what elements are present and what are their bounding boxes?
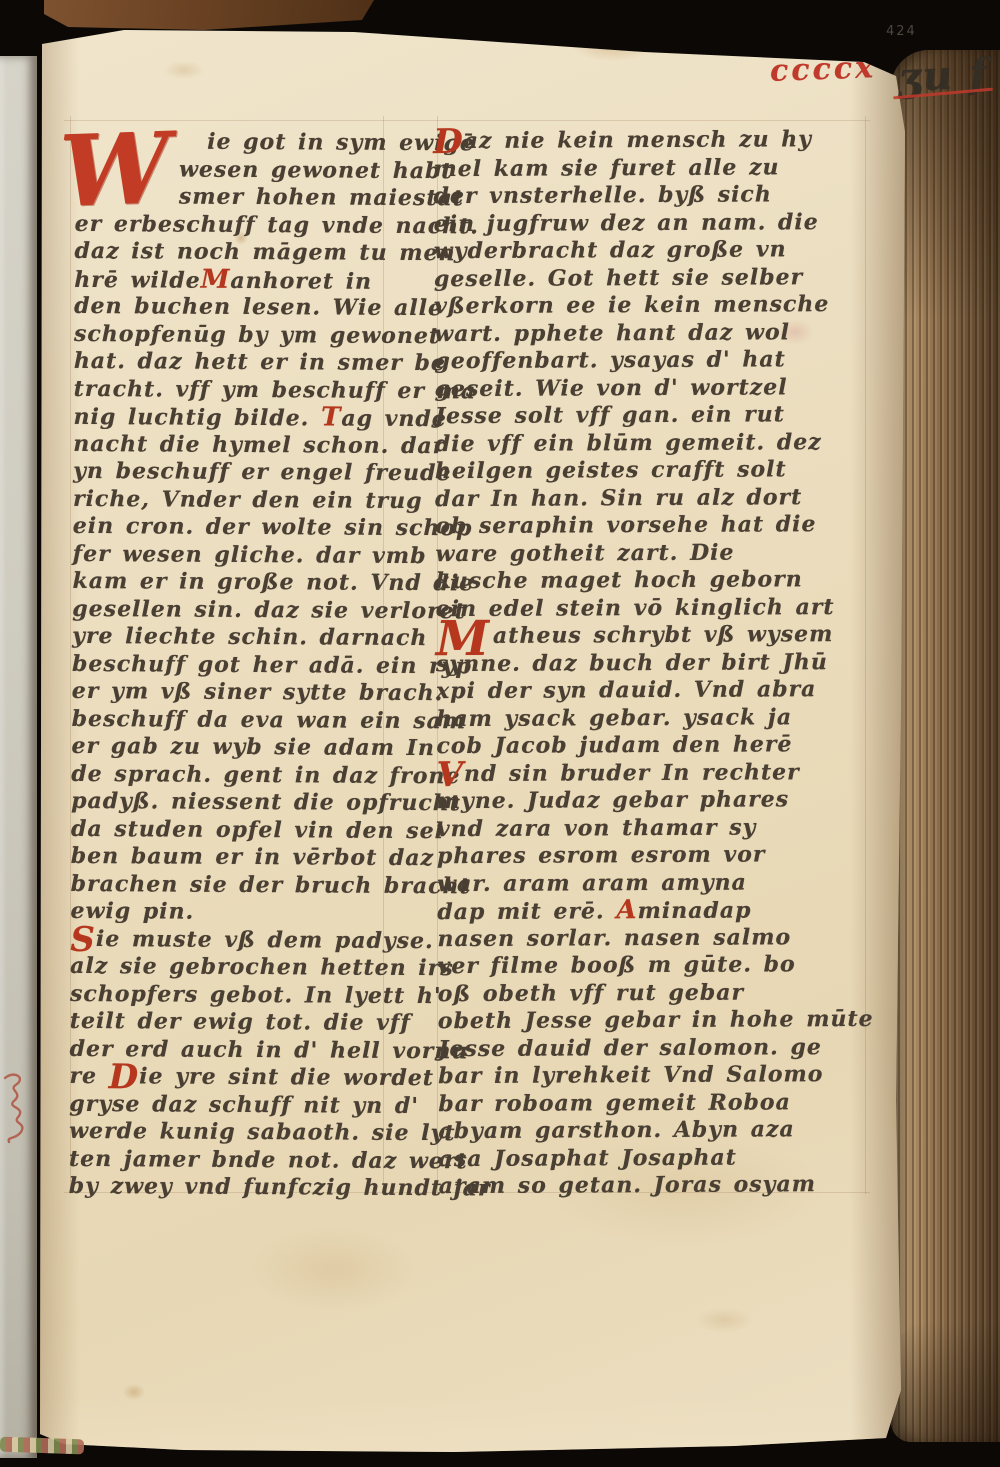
text-line: nig luchtig bilde. Tag vnde: [73, 403, 433, 433]
text-line: den buchen lesen. Wie alle: [74, 293, 434, 323]
ink-text: anhoret in: [230, 267, 372, 294]
text-line: vnd zara von thamar sy: [437, 813, 877, 843]
text-line: heilgen geistes crafft solt: [435, 456, 875, 486]
ink-text: ie yre sint die wordet: [139, 1063, 434, 1091]
text-line: aram so getan. Joras osyam: [439, 1171, 879, 1201]
ink-text: hrē wilde: [74, 266, 200, 293]
text-line: wesen gewonet habt: [75, 155, 435, 185]
manuscript-photo: ccccx W ie got in sym ewigēwesen gewonet…: [0, 0, 1000, 1467]
ink-text: ob seraphin vorsehe hat die: [435, 511, 816, 539]
text-line: ham ysack gebar. ysack ja: [436, 703, 876, 733]
text-line: smer hohen maiestat: [75, 183, 435, 213]
endband: [0, 1437, 84, 1455]
ink-text: dar In han. Sin ru alz dort: [435, 484, 802, 512]
margin-scribble: [1, 1068, 33, 1146]
ink-text: ham ysack gebar. ysack ja: [436, 704, 792, 732]
ink-text: gryse daz schuff nit yn d': [69, 1090, 419, 1118]
text-line: er ym vß siner sytte brach.: [72, 678, 432, 708]
ink-text: werde kunig sabaoth. sie lyt: [69, 1118, 455, 1146]
ink-text: bar roboam gemeit Roboa: [438, 1089, 791, 1117]
ink-text: geselle. Got hett sie selber: [434, 264, 803, 292]
text-line: war. aram aram amyna: [437, 868, 877, 898]
text-line: padyß. niessent die opfrucht: [71, 788, 431, 818]
text-line: asa Josaphat Josaphat: [439, 1143, 879, 1173]
ink-text: Jesse solt vff gan. ein rut: [435, 401, 785, 429]
text-line: ware gotheit zart. Die: [435, 538, 875, 568]
text-line: Jesse dauid der salomon. ge: [438, 1033, 878, 1063]
text-line: wyderbracht daz große vn: [434, 236, 874, 266]
text-line: Matheus schrybt vß wysem: [436, 621, 876, 651]
text-line: oß obeth vff rut gebar: [438, 978, 878, 1008]
text-line: schopfers gebot. In lyett h': [70, 980, 430, 1010]
text-line: myne. Judaz gebar phares: [437, 786, 877, 816]
folio-number: 424: [886, 24, 917, 39]
ink-text: myne. Judaz gebar phares: [437, 786, 790, 814]
ruling-line: [64, 120, 870, 121]
ink-text: ver filme booß m gūte. bo: [438, 951, 796, 979]
text-line: der vnsterhelle. byß sich: [433, 181, 873, 211]
text-line: beschuff da eva wan ein sam: [72, 705, 432, 735]
left-page-edge: [0, 56, 37, 1458]
rubric-initial: A: [616, 895, 637, 925]
book-fore-edge: [891, 50, 1000, 1442]
text-line: brachen sie der bruch bracht: [71, 870, 431, 900]
text-line: geseit. Wie von d' wortzel: [434, 373, 874, 403]
ink-text: minadap: [637, 898, 751, 925]
ink-text: vnd zara von thamar sy: [437, 814, 757, 842]
ink-text: ein jugfruw dez an nam. die: [434, 209, 819, 237]
ink-text: schopfenūg by ym gewonet: [74, 320, 440, 348]
text-line: yre liechte schin. darnach: [72, 623, 432, 653]
ink-text: geseit. Wie von d' wortzel: [434, 374, 787, 402]
ink-text: nig luchtig bilde.: [73, 404, 321, 432]
text-line: da studen opfel vin den sel: [71, 815, 431, 845]
text-line: Jesse solt vff gan. ein rut: [435, 401, 875, 431]
ink-text: yn beschuff er engel freude: [73, 458, 451, 486]
ink-text: beschuff got her adā. ein ryp: [72, 650, 472, 678]
ink-text: fer wesen gliche. dar vmb: [73, 540, 427, 568]
text-line: ten jamer bnde not. daz wert: [69, 1145, 429, 1175]
text-line: Vnd sin bruder In rechter: [437, 758, 877, 788]
ink-text: nd sin bruder In rechter: [464, 759, 800, 787]
ink-text: nacht die hymel schon. dar: [73, 430, 445, 458]
text-line: ver filme booß m gūte. bo: [438, 951, 878, 981]
text-line: kusche maget hoch geborn: [435, 566, 875, 596]
text-line: ewig pin.: [70, 898, 430, 928]
text-line: Daz nie kein mensch zu hy: [433, 126, 873, 156]
text-line: schopfenūg by ym gewonet: [74, 320, 434, 350]
ink-text: vßerkorn ee ie kein mensche: [434, 291, 829, 319]
ink-text: er erbeschuff tag vnde nacht.: [75, 210, 479, 238]
text-line: nacht die hymel schon. dar: [73, 430, 433, 460]
ink-text: mel kam sie furet alle zu: [433, 154, 779, 182]
ink-text: daz ist noch māgem tu men: [74, 238, 455, 266]
text-line: bar roboam gemeit Roboa: [438, 1088, 878, 1118]
text-line: beschuff got her adā. ein ryp: [72, 650, 432, 680]
ink-text: tracht. vff ym beschuff er ma: [74, 375, 477, 403]
ink-text: oß obeth vff rut gebar: [438, 979, 744, 1007]
ink-text: hat. daz hett er in smer be: [74, 348, 446, 376]
ink-text: alz sie gebrochen hetten irs: [70, 953, 454, 981]
text-line: dap mit erē. Aminadap: [437, 896, 877, 926]
text-line: die vff ein blūm gemeit. dez: [435, 428, 875, 458]
text-line: wart. pphete hant daz wol: [434, 318, 874, 348]
fore-edge-shadow-bottom: [891, 1322, 1000, 1442]
text-line: de sprach. gent in daz frone: [71, 760, 431, 790]
text-line: kam er in große not. Vnd die: [72, 568, 432, 598]
text-line: mel kam sie furet alle zu: [433, 153, 873, 183]
text-line: xpi der syn dauid. Vnd abra: [436, 676, 876, 706]
ink-text: ag vnde: [341, 406, 447, 433]
text-line: ein cron. der wolte sin schop: [73, 513, 433, 543]
text-line: bar in lyrehkeit Vnd Salomo: [438, 1061, 878, 1091]
leather-binding: [44, 0, 374, 34]
ink-text: de sprach. gent in daz frone: [71, 760, 460, 788]
header-numeral: ccccx: [769, 50, 876, 89]
text-line: abyam garsthon. Abyn aza: [438, 1116, 878, 1146]
text-column-right: Daz nie kein mensch zu hymel kam sie fur…: [433, 126, 879, 1201]
rubric-initial: M: [201, 264, 231, 294]
ink-text: heilgen geistes crafft solt: [435, 456, 787, 484]
ink-text: synne. daz buch der birt Jhū: [436, 649, 828, 677]
ink-text: nasen sorlar. nasen salmo: [437, 924, 791, 952]
ink-text: brachen sie der bruch bracht: [71, 870, 471, 898]
ink-text: schopfers gebot. In lyett h': [70, 980, 442, 1008]
ink-text: wyderbracht daz große vn: [434, 236, 787, 264]
ink-text: yre liechte schin. darnach: [72, 623, 427, 651]
text-line: teilt der ewig tot. die vff: [70, 1008, 430, 1038]
text-line: ie got in sym ewigē: [75, 128, 435, 158]
text-line: gryse daz schuff nit yn d': [69, 1090, 429, 1120]
ink-text: by zwey vnd funfczig hundt jar: [69, 1173, 491, 1202]
ink-text: asa Josaphat Josaphat: [439, 1144, 737, 1172]
ink-text: Jesse dauid der salomon. ge: [438, 1034, 822, 1062]
ink-text: da studen opfel vin den sel: [71, 815, 444, 843]
text-line: geoffenbart. ysayas d' hat: [434, 346, 874, 376]
ink-text: ein edel stein vō kinglich art: [436, 594, 835, 622]
ink-text: gesellen sin. daz sie verloret: [72, 595, 466, 623]
text-line: dar In han. Sin ru alz dort: [435, 483, 875, 513]
text-line: tracht. vff ym beschuff er ma: [74, 375, 434, 405]
text-line: synne. daz buch der birt Jhū: [436, 648, 876, 678]
text-line: alz sie gebrochen hetten irs: [70, 953, 430, 983]
ink-text: ben baum er in vērbot daz: [71, 843, 434, 871]
text-line: gesellen sin. daz sie verloret: [72, 595, 432, 625]
ink-text: ein cron. der wolte sin schop: [73, 513, 473, 541]
ink-text: dap mit erē.: [437, 898, 616, 925]
text-line: vßerkorn ee ie kein mensche: [434, 291, 874, 321]
text-line: nasen sorlar. nasen salmo: [437, 923, 877, 953]
text-line: er gab zu wyb sie adam In: [71, 733, 431, 763]
text-line: werde kunig sabaoth. sie lyt: [69, 1118, 429, 1148]
ink-text: ware gotheit zart. Die: [435, 539, 734, 567]
text-line: yn beschuff er engel freude: [73, 458, 433, 488]
ink-text: ie muste vß dem padyse.: [96, 926, 434, 954]
text-line: ein jugfruw dez an nam. die: [434, 208, 874, 238]
text-line: Sie muste vß dem padyse.: [70, 925, 430, 955]
rubric-initial: T: [321, 402, 342, 432]
text-line: fer wesen gliche. dar vmb: [73, 540, 433, 570]
text-line: obeth Jesse gebar in hohe mūte: [438, 1006, 878, 1036]
ink-text: az nie kein mensch zu hy: [464, 126, 812, 154]
text-line: cob Jacob judam den herē: [436, 731, 876, 761]
ink-text: wesen gewonet habt: [179, 156, 453, 184]
ink-text: cob Jacob judam den herē: [436, 731, 792, 759]
ink-text: wart. pphete hant daz wol: [434, 319, 790, 347]
text-line: ben baum er in vērbot daz: [71, 843, 431, 873]
text-line: geselle. Got hett sie selber: [434, 263, 874, 293]
ink-text: smer hohen maiestat: [179, 184, 464, 212]
ink-text: er gab zu wyb sie adam In: [71, 733, 435, 761]
text-line: daz ist noch māgem tu men: [74, 238, 434, 268]
text-line: ein edel stein vō kinglich art: [436, 593, 876, 623]
ink-text: atheus schrybt vß wysem: [493, 621, 833, 649]
ink-text: ten jamer bnde not. daz wert: [69, 1145, 468, 1173]
ink-text: die vff ein blūm gemeit. dez: [435, 429, 822, 457]
ink-text: padyß. niessent die opfrucht: [71, 788, 461, 816]
text-line: riche, Vnder den ein trug: [73, 485, 433, 515]
ink-text: war. aram aram amyna: [437, 869, 747, 897]
text-line: er erbeschuff tag vnde nacht.: [75, 210, 435, 240]
ink-text: riche, Vnder den ein trug: [73, 485, 423, 513]
text-line: by zwey vnd funfczig hundt jar: [69, 1173, 429, 1203]
ink-text: phares esrom esrom vor: [437, 841, 766, 869]
manuscript-page: ccccx W ie got in sym ewigēwesen gewonet…: [34, 0, 908, 1462]
ink-text: obeth Jesse gebar in hohe mūte: [438, 1006, 874, 1034]
text-line: hat. daz hett er in smer be: [74, 348, 434, 378]
text-line: phares esrom esrom vor: [437, 841, 877, 871]
ink-text: re: [69, 1063, 108, 1089]
ink-text: abyam garsthon. Abyn aza: [438, 1116, 794, 1144]
ink-text: bar in lyrehkeit Vnd Salomo: [438, 1061, 823, 1089]
ink-text: den buchen lesen. Wie alle: [74, 293, 443, 321]
ink-text: geoffenbart. ysayas d' hat: [434, 346, 786, 374]
text-line: re Die yre sint die wordet: [69, 1063, 429, 1093]
ink-text: kusche maget hoch geborn: [435, 566, 802, 594]
text-column-left: ie got in sym ewigēwesen gewonet habtsme…: [69, 128, 436, 1203]
ink-text: aram so getan. Joras osyam: [439, 1171, 816, 1199]
ink-text: er ym vß siner sytte brach.: [72, 678, 444, 706]
ink-text: xpi der syn dauid. Vnd abra: [436, 676, 816, 704]
ink-text: beschuff da eva wan ein sam: [72, 705, 467, 733]
text-line: ob seraphin vorsehe hat die: [435, 511, 875, 541]
ink-text: kam er in große not. Vnd die: [72, 568, 474, 596]
text-line: hrē wildeManhoret in: [74, 265, 434, 295]
ink-text: teilt der ewig tot. die vff: [70, 1008, 411, 1036]
ink-text: der vnsterhelle. byß sich: [433, 181, 771, 209]
